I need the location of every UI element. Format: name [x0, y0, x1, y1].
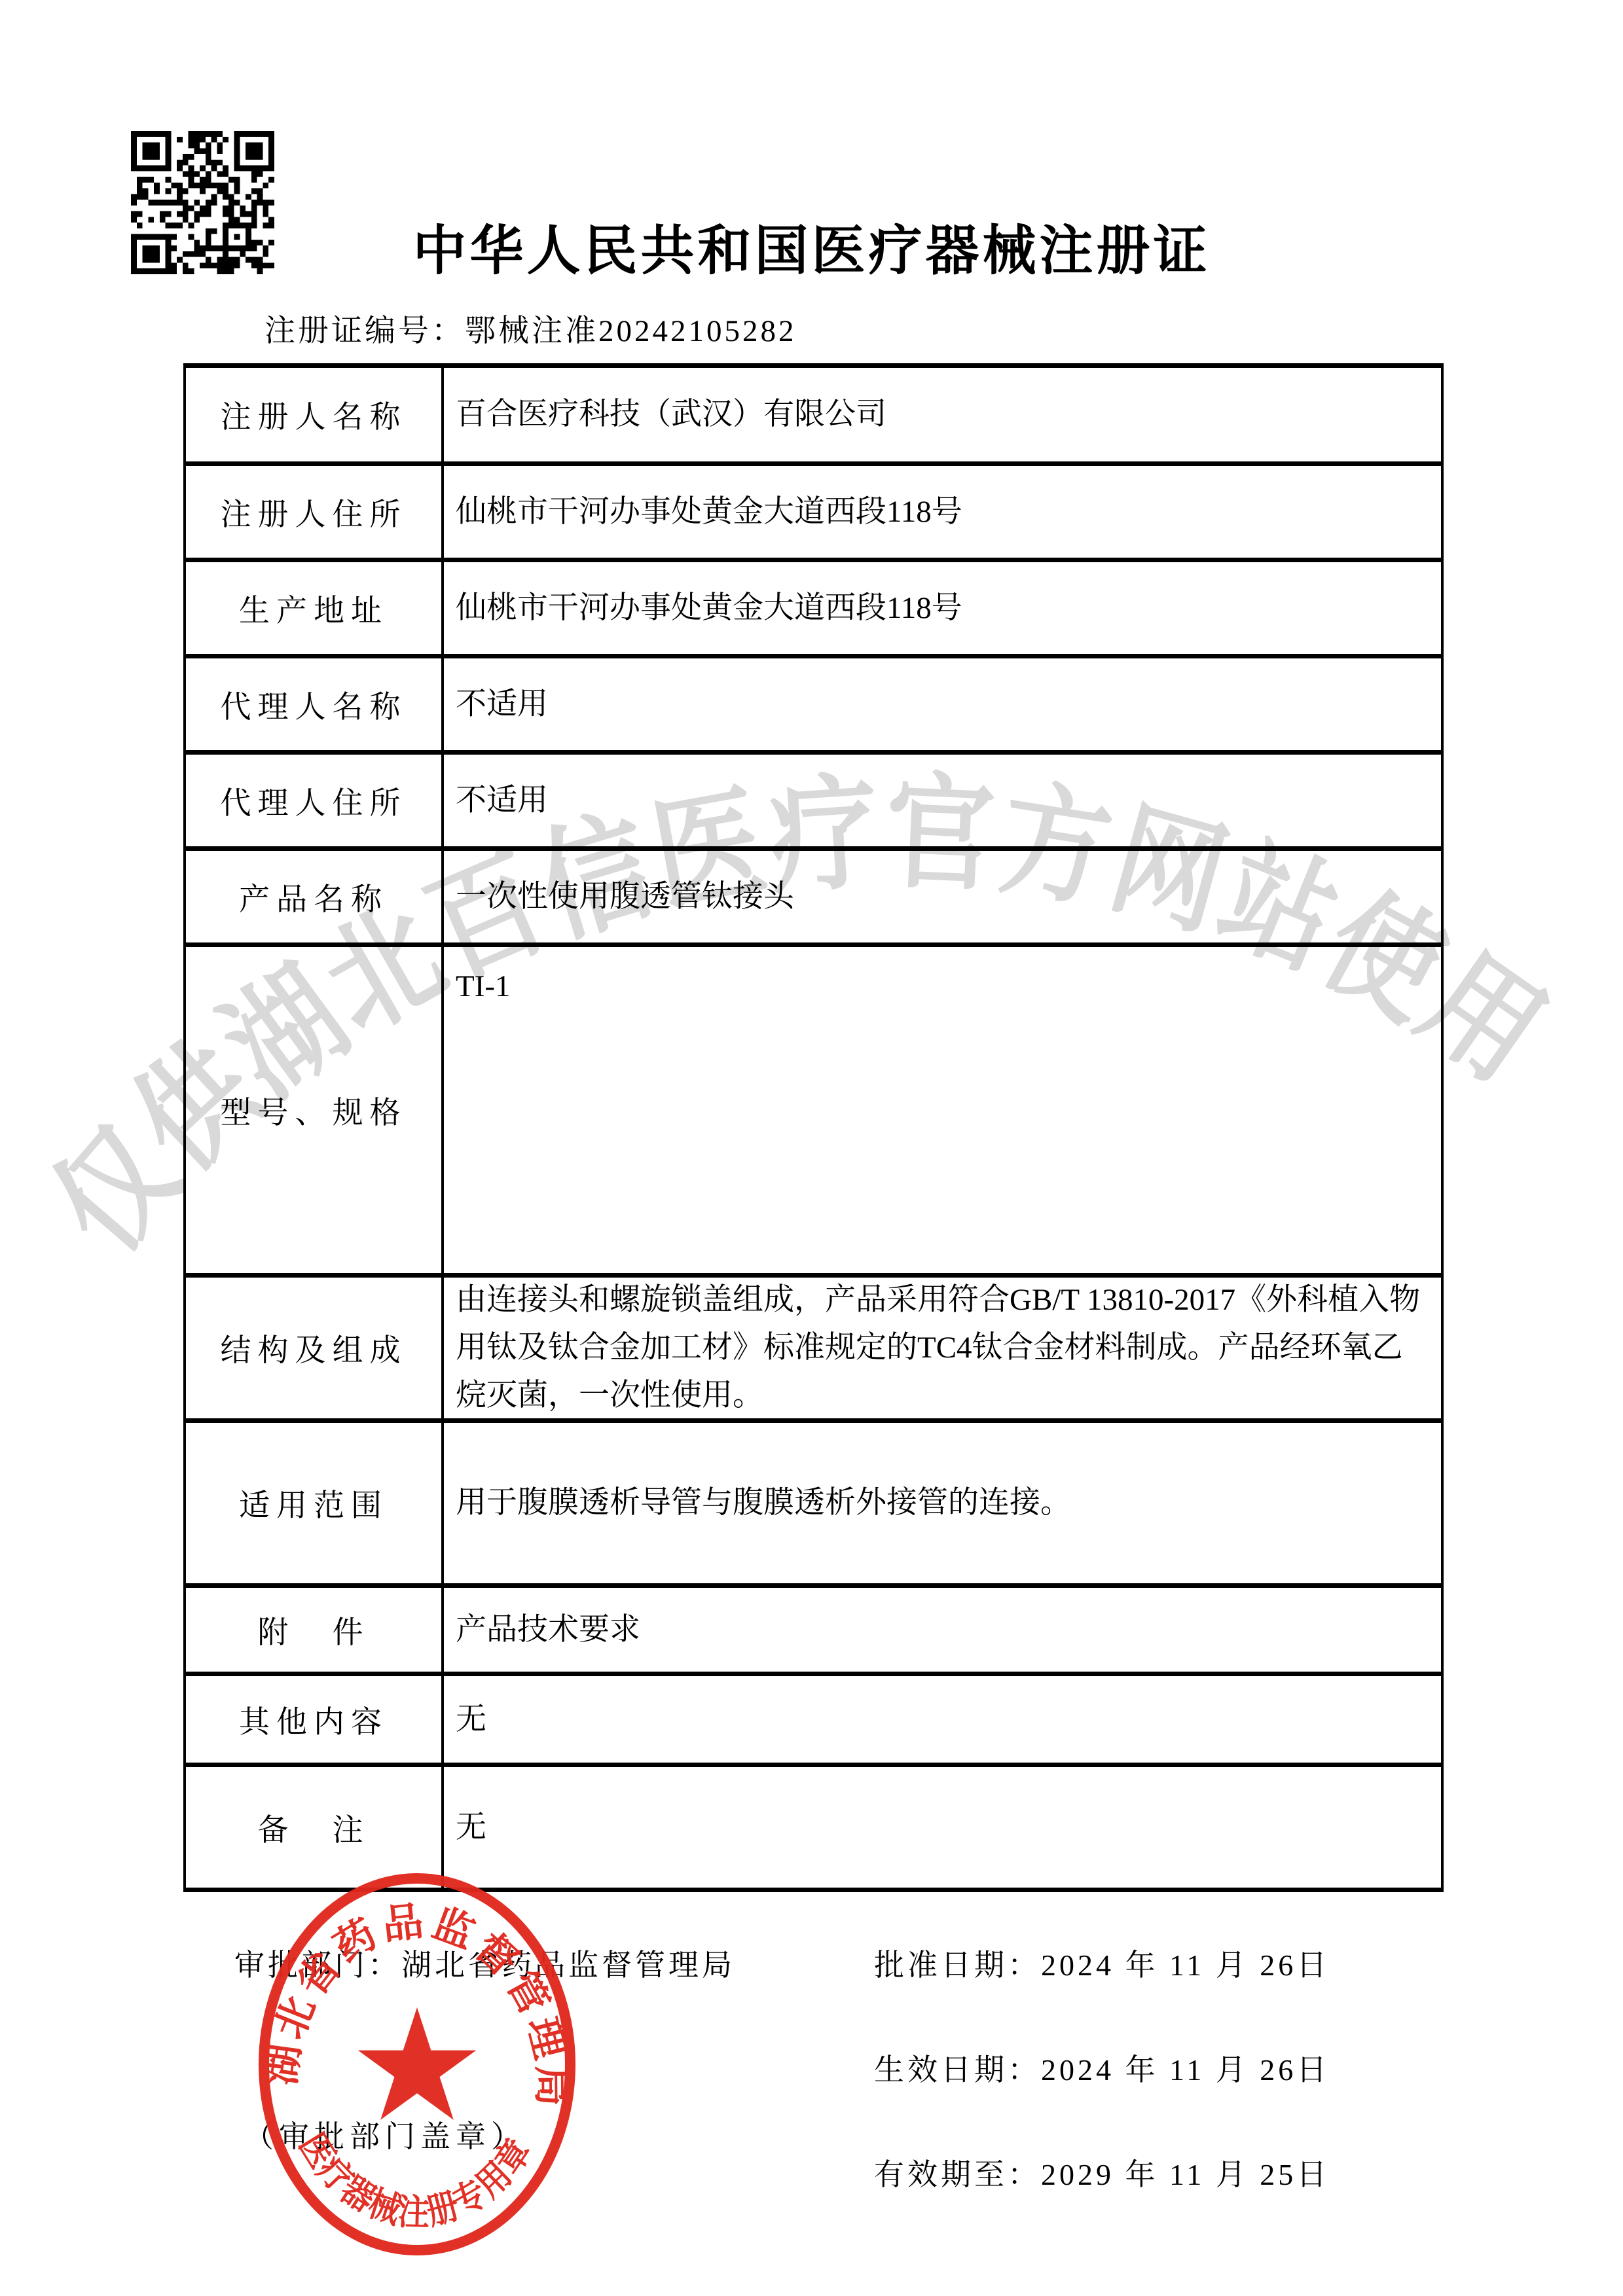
page-title: 中华人民共和国医疗器械注册证 [0, 208, 1623, 285]
table-row: 型号、规格TI-1 [186, 947, 1441, 1278]
row-label: 其他内容 [186, 1676, 444, 1763]
row-value: 不适用 [444, 755, 1441, 846]
row-value: 仙桃市干河办事处黄金大道西段118号 [444, 466, 1441, 558]
row-label: 型号、规格 [186, 947, 444, 1273]
row-value: 产品技术要求 [444, 1588, 1441, 1672]
star-icon [358, 2007, 477, 2120]
row-label: 附 件 [186, 1588, 444, 1672]
row-value: 一次性使用腹透管钛接头 [444, 851, 1441, 942]
row-value: 无 [444, 1676, 1441, 1763]
row-value: 无 [444, 1767, 1441, 1888]
table-row: 注册人名称百合医疗科技（武汉）有限公司 [186, 368, 1441, 466]
expiry-date: 有效期至：2029 年 11 月 25日 [874, 2151, 1330, 2194]
effective-date: 生效日期：2024 年 11 月 26日 [874, 2046, 1330, 2089]
row-value: 不适用 [444, 658, 1441, 750]
row-value: TI-1 [444, 947, 1441, 1273]
table-row: 产品名称一次性使用腹透管钛接头 [186, 851, 1441, 947]
row-label: 代理人名称 [186, 658, 444, 750]
table-row: 代理人住所不适用 [186, 755, 1441, 851]
row-label: 适用范围 [186, 1423, 444, 1583]
table-row: 适用范围用于腹膜透析导管与腹膜透析外接管的连接。 [186, 1423, 1441, 1588]
row-label: 注册人住所 [186, 466, 444, 558]
row-value: 百合医疗科技（武汉）有限公司 [444, 368, 1441, 461]
table-row: 备 注无 [186, 1767, 1441, 1888]
table-row: 结构及组成由连接头和螺旋锁盖组成，产品采用符合GB/T 13810-2017《外… [186, 1278, 1441, 1423]
table-row: 附 件产品技术要求 [186, 1588, 1441, 1676]
official-stamp: 湖北省药品监督管理局 医疗器械注册专用章 [256, 1871, 578, 2258]
approval-date: 批准日期：2024 年 11 月 26日 [874, 1941, 1330, 1984]
certificate-page: 仅供湖北百信医疗官方网站使用 中华人民共和国医疗器械注册证 注册证编号：鄂械注准… [0, 0, 1623, 2296]
table-row: 代理人名称不适用 [186, 658, 1441, 755]
certificate-table: 注册人名称百合医疗科技（武汉）有限公司注册人住所仙桃市干河办事处黄金大道西段11… [183, 363, 1444, 1892]
table-row: 其他内容无 [186, 1676, 1441, 1767]
row-label: 结构及组成 [186, 1278, 444, 1418]
row-value: 用于腹膜透析导管与腹膜透析外接管的连接。 [444, 1423, 1441, 1583]
registration-number: 注册证编号：鄂械注准20242105282 [264, 306, 797, 350]
row-label: 代理人住所 [186, 755, 444, 846]
table-row: 注册人住所仙桃市干河办事处黄金大道西段118号 [186, 466, 1441, 562]
row-label: 产品名称 [186, 851, 444, 942]
table-row: 生产地址仙桃市干河办事处黄金大道西段118号 [186, 562, 1441, 658]
row-value: 仙桃市干河办事处黄金大道西段118号 [444, 562, 1441, 654]
row-value: 由连接头和螺旋锁盖组成，产品采用符合GB/T 13810-2017《外科植入物用… [444, 1278, 1441, 1418]
row-label: 生产地址 [186, 562, 444, 654]
row-label: 备 注 [186, 1767, 444, 1888]
row-label: 注册人名称 [186, 368, 444, 461]
